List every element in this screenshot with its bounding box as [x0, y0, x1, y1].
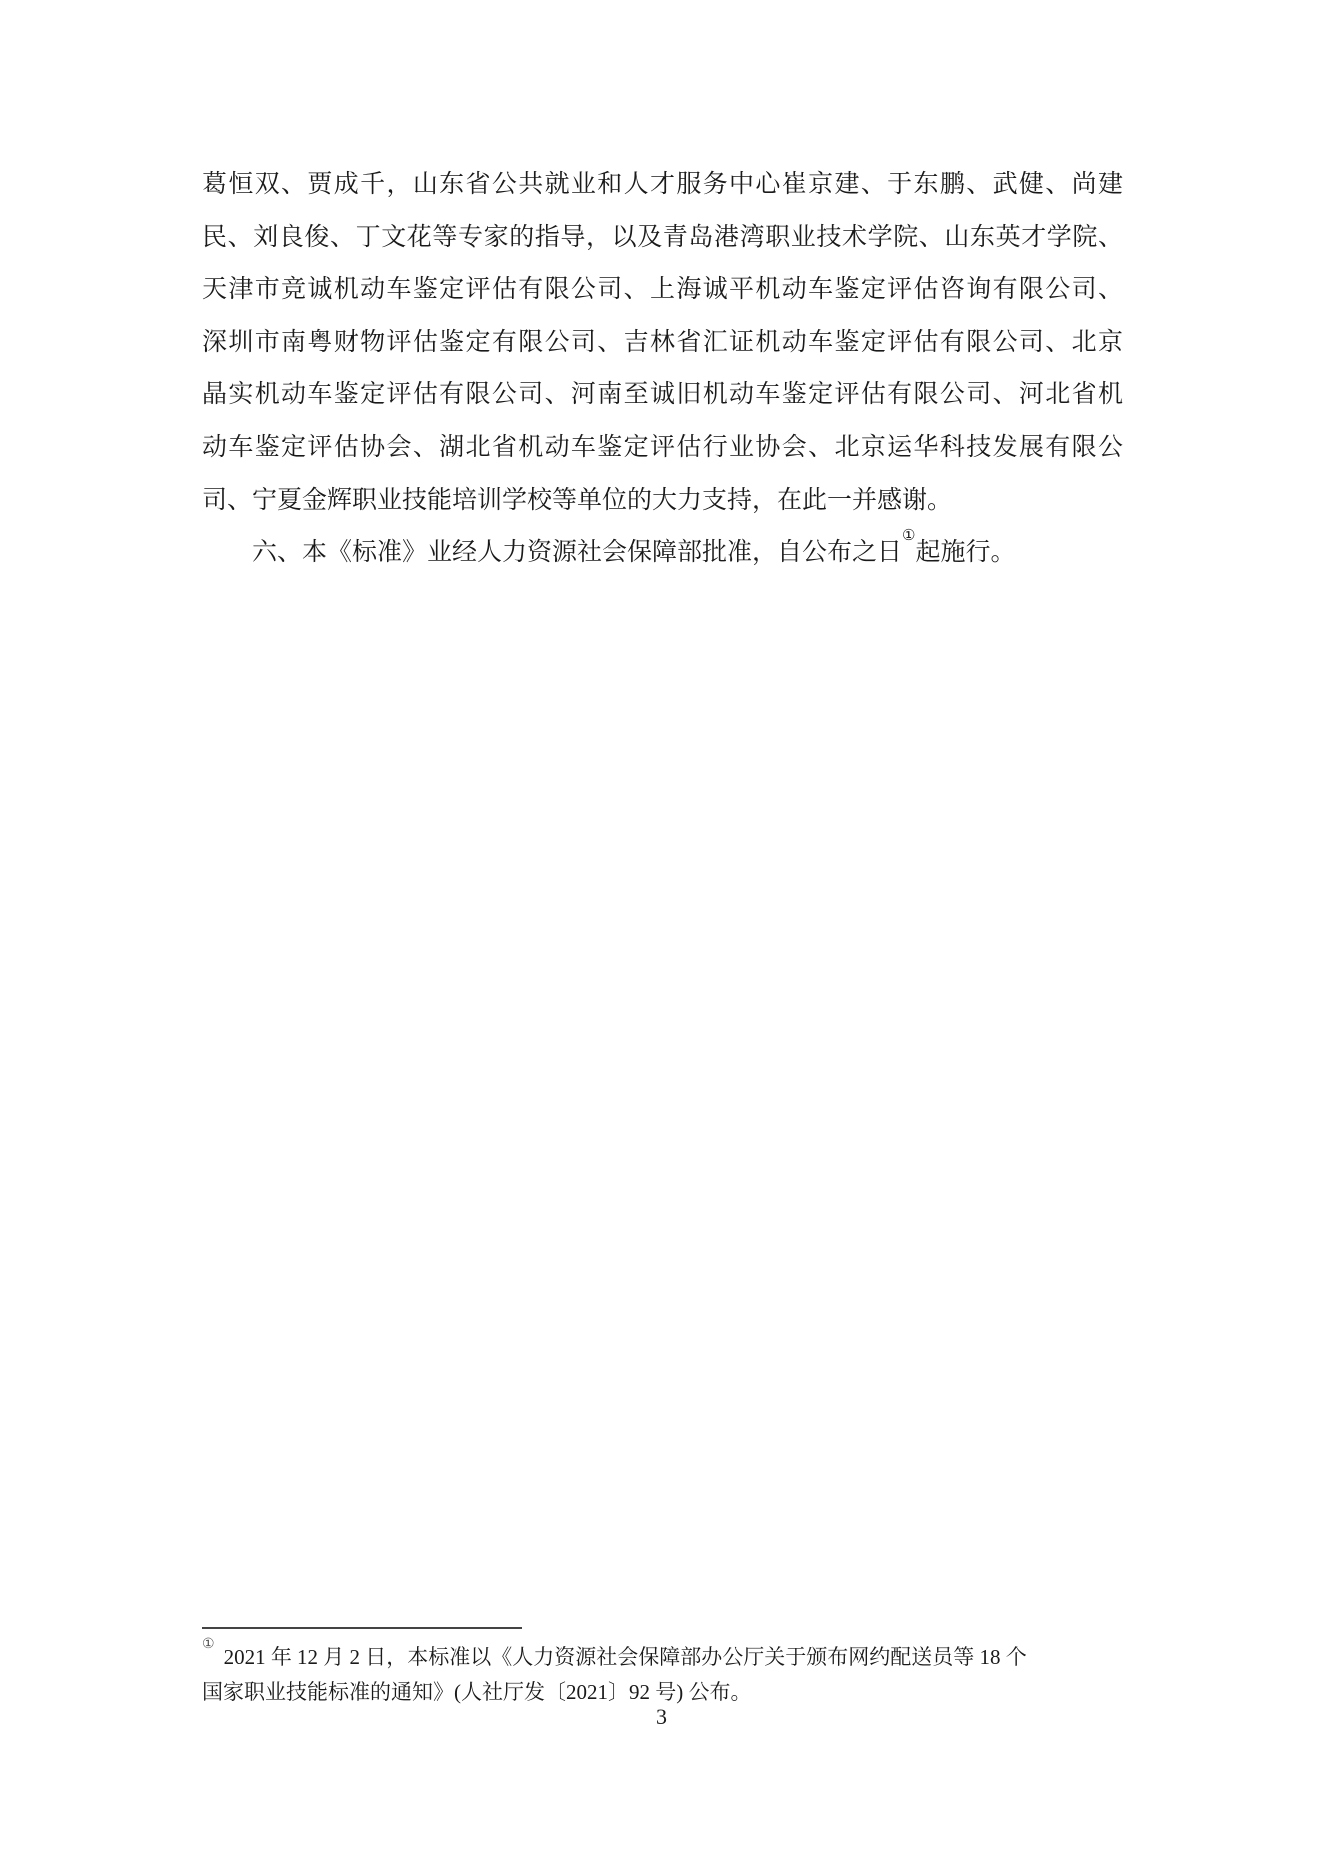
footnote-marker: ①: [202, 1637, 215, 1652]
paragraph-line: 晶实机动车鉴定评估有限公司、河南至诚旧机动车鉴定评估有限公司、河北省机: [202, 369, 1123, 422]
footnote-text: 2021 年 12 月 2 日，本标准以《人力资源社会保障部办公厅关于颁布网约配…: [224, 1645, 1027, 1669]
page-number: 3: [0, 1703, 1323, 1731]
paragraph-line: 深圳市南粤财物评估鉴定有限公司、吉林省汇证机动车鉴定评估有限公司、北京: [202, 317, 1123, 370]
paragraph-line: 葛恒双、贾成千，山东省公共就业和人才服务中心崔京建、于东鹏、武健、尚建: [202, 159, 1123, 212]
paragraph-line: 司、宁夏金辉职业技能培训学校等单位的大力支持，在此一并感谢。: [202, 475, 1123, 528]
closing-text-after: 起施行。: [915, 539, 1015, 566]
paragraph-line: 动车鉴定评估协会、湖北省机动车鉴定评估行业协会、北京运华科技发展有限公: [202, 422, 1123, 475]
paragraph-line: 民、刘良俊、丁文花等专家的指导，以及青岛港湾职业技术学院、山东英才学院、: [202, 212, 1123, 265]
body-paragraphs: 葛恒双、贾成千，山东省公共就业和人才服务中心崔京建、于东鹏、武健、尚建 民、刘良…: [202, 159, 1123, 580]
paragraph-line: 天津市竞诚机动车鉴定评估有限公司、上海诚平机动车鉴定评估咨询有限公司、: [202, 264, 1123, 317]
footnote-divider: [202, 1627, 522, 1629]
footnote-reference: ①: [902, 528, 915, 544]
document-page: 葛恒双、贾成千，山东省公共就业和人才服务中心崔京建、于东鹏、武健、尚建 民、刘良…: [0, 0, 1323, 1871]
footnote-line: ①2021 年 12 月 2 日，本标准以《人力资源社会保障部办公厅关于颁布网约…: [202, 1640, 1125, 1675]
closing-text-before: 六、本《标准》业经人力资源社会保障部批准，自公布之日: [252, 539, 902, 566]
closing-paragraph-line: 六、本《标准》业经人力资源社会保障部批准，自公布之日①起施行。: [202, 527, 1123, 580]
footnote: ①2021 年 12 月 2 日，本标准以《人力资源社会保障部办公厅关于颁布网约…: [202, 1640, 1125, 1710]
